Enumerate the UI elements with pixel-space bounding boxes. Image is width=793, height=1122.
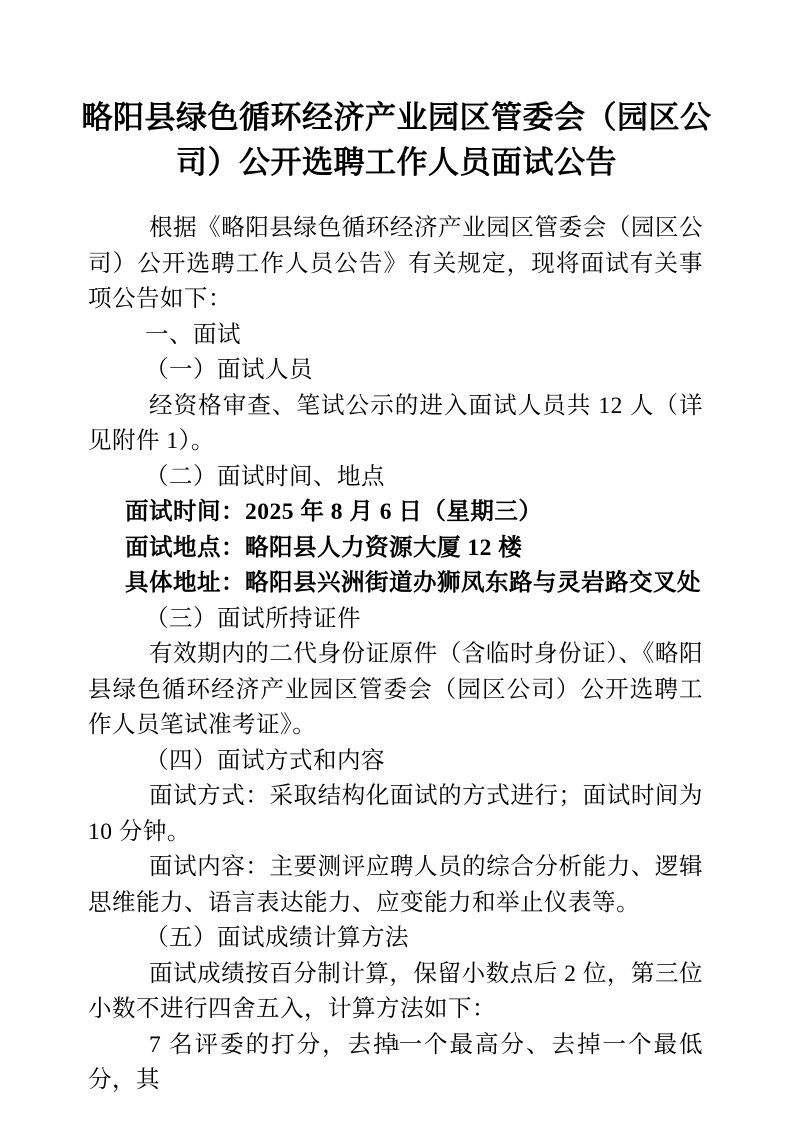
subsection-heading-score-calc: （五）面试成绩计算方法 <box>88 921 703 957</box>
interview-method-paragraph: 面试方式：采取结构化面试的方式进行；面试时间为 10 分钟。 <box>88 779 703 850</box>
document-body: 根据《略阳县绿色循环经济产业园区管委会（园区公司）公开选聘工作人员公告》有关规定… <box>88 211 703 1099</box>
document-title: 略阳县绿色循环经济产业园区管委会（园区公 司）公开选聘工作人员面试公告 <box>60 95 733 185</box>
document-title-line-1: 略阳县绿色循环经济产业园区管委会（园区公 <box>60 95 733 140</box>
subsection-heading-method: （四）面试方式和内容 <box>88 744 703 780</box>
section-heading-interview: 一、面试 <box>88 318 703 354</box>
interview-content-paragraph: 面试内容：主要测评应聘人员的综合分析能力、逻辑思维能力、语言表达能力、应变能力和… <box>88 850 703 921</box>
interview-time-line: 面试时间：2025 年 8 月 6 日（星期三） <box>88 495 703 531</box>
subsection-heading-time-location: （二）面试时间、地点 <box>88 460 703 496</box>
credentials-paragraph: 有效期内的二代身份证原件（含临时身份证）、《略阳县绿色循环经济产业园区管委会（园… <box>88 637 703 744</box>
page-number: 1 <box>0 1036 793 1056</box>
interview-location-line: 面试地点：略阳县人力资源大厦 12 楼 <box>88 531 703 567</box>
subsection-heading-credentials: （三）面试所持证件 <box>88 602 703 638</box>
document-title-line-2: 司）公开选聘工作人员面试公告 <box>60 140 733 185</box>
subsection-heading-candidates: （一）面试人员 <box>88 353 703 389</box>
interview-address-line: 具体地址：略阳县兴洲街道办狮凤东路与灵岩路交叉处 <box>88 566 703 602</box>
intro-paragraph: 根据《略阳县绿色循环经济产业园区管委会（园区公司）公开选聘工作人员公告》有关规定… <box>88 211 703 318</box>
document-page: 略阳县绿色循环经济产业园区管委会（园区公 司）公开选聘工作人员面试公告 根据《略… <box>0 0 793 1122</box>
score-calc-paragraph: 面试成绩按百分制计算，保留小数点后 2 位，第三位小数不进行四舍五入，计算方法如… <box>88 957 703 1028</box>
candidates-paragraph: 经资格审查、笔试公示的进入面试人员共 12 人（详见附件 1）。 <box>88 389 703 460</box>
